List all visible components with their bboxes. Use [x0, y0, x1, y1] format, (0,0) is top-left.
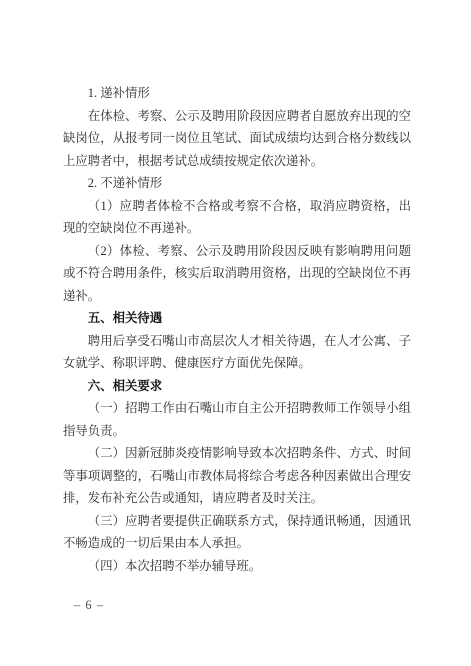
sub-heading: 1. 递补情形 — [63, 82, 411, 105]
document-body: 1. 递补情形在体检、考察、公示及聘用阶段因应聘者自愿放弃出现的空缺岗位，从报考… — [63, 82, 411, 577]
body-paragraph: 聘用后享受石嘴山市高层次人才相关待遇，在人才公寓、子女就学、称职评聘、健康医疗方… — [63, 330, 411, 375]
section-heading: 六、相关要求 — [63, 375, 411, 398]
body-paragraph: 在体检、考察、公示及聘用阶段因应聘者自愿放弃出现的空缺岗位，从报考同一岗位且笔试… — [63, 105, 411, 173]
page-number: – 6 – — [74, 596, 104, 614]
document-page: 1. 递补情形在体检、考察、公示及聘用阶段因应聘者自愿放弃出现的空缺岗位，从报考… — [0, 0, 471, 666]
section-heading: 五、相关待遇 — [63, 307, 411, 330]
body-paragraph: （一）招聘工作由石嘴山市自主公开招聘教师工作领导小组指导负责。 — [63, 397, 411, 442]
body-paragraph: （二）因新冠肺炎疫情影响导致本次招聘条件、方式、时间等事项调整的，石嘴山市教体局… — [63, 442, 411, 510]
body-paragraph: （三）应聘者要提供正确联系方式，保持通讯畅通，因通讯不畅造成的一切后果由本人承担… — [63, 510, 411, 555]
body-paragraph: （2）体检、考察、公示及聘用阶段因反映有影响聘用问题或不符合聘用条件，核实后取消… — [63, 240, 411, 308]
sub-heading: 2. 不递补情形 — [63, 172, 411, 195]
body-paragraph: （四）本次招聘不举办辅导班。 — [63, 555, 411, 578]
body-paragraph: （1）应聘者体检不合格或考察不合格，取消应聘资格，出现的空缺岗位不再递补。 — [63, 195, 411, 240]
